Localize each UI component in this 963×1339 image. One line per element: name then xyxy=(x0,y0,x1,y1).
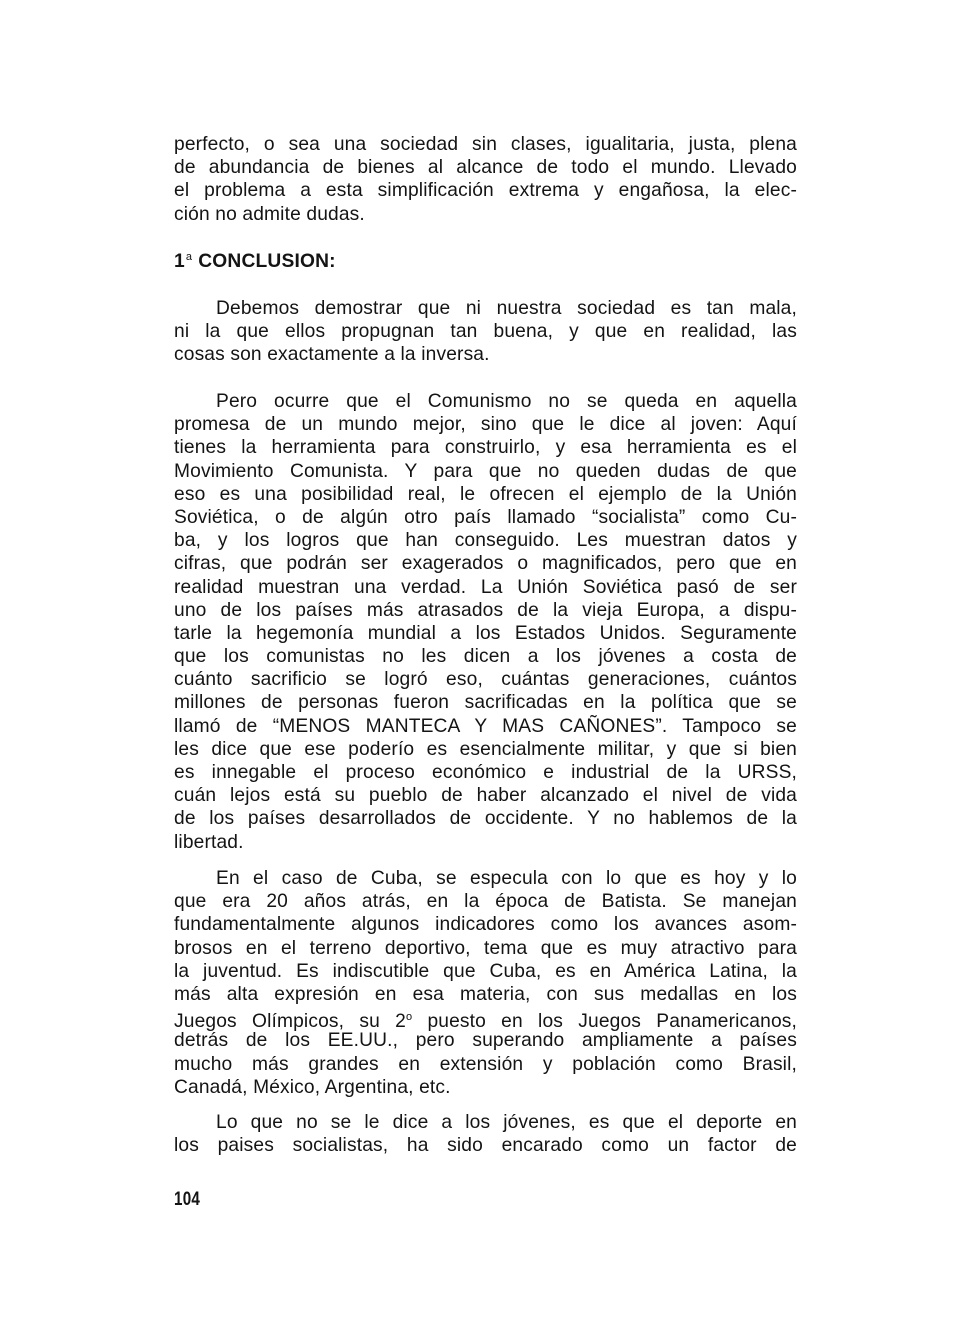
text-line: cuánto sacrificio se logró eso, cuántas … xyxy=(174,668,797,691)
text-line: el problema a esta simplificación extrem… xyxy=(174,179,797,202)
text-line: más alta expresión en esa materia, con s… xyxy=(174,983,797,1006)
text-line: realidad muestran una verdad. La Unión S… xyxy=(174,576,797,599)
text-line: fundamentalmente algunos indicadores com… xyxy=(174,913,797,936)
heading-text: CONCLUSION: xyxy=(198,251,336,272)
text-line: Movimiento Comunista. Y para que no qued… xyxy=(174,460,797,483)
paragraph-2: Debemos demostrar que ni nuestra socieda… xyxy=(174,297,797,367)
text-line: Pero ocurre que el Comunismo no se queda… xyxy=(174,390,797,413)
section-heading: 1aCONCLUSION: xyxy=(174,246,336,273)
text-line: tienes la herramienta para construirlo, … xyxy=(174,436,797,459)
paragraph-1: perfecto, o sea una sociedad sin clases,… xyxy=(174,133,797,226)
book-page: perfecto, o sea una sociedad sin clases,… xyxy=(0,0,963,1339)
paragraph-5: Lo que no se le dice a los jóvenes, es q… xyxy=(174,1111,797,1157)
text-line: ción no admite dudas. xyxy=(174,203,797,226)
text-line: de abundancia de bienes al alcance de to… xyxy=(174,156,797,179)
heading-ordinal: a xyxy=(186,251,192,263)
paragraph-3: Pero ocurre que el Comunismo no se queda… xyxy=(174,390,797,854)
text-line: mucho más grandes en extensión y poblaci… xyxy=(174,1053,797,1076)
text-line: millones de personas fueron sacrificadas… xyxy=(174,691,797,714)
text-line: llamó de “MENOS MANTECA Y MAS CAÑONES”. … xyxy=(174,715,797,738)
text-line: detrás de los EE.UU., pero superando amp… xyxy=(174,1029,797,1052)
text-line: es innegable el proceso económico e indu… xyxy=(174,761,797,784)
text-line: cifras, que podrán ser exagerados o magn… xyxy=(174,552,797,575)
text-line: libertad. xyxy=(174,831,797,854)
text-line: cuán lejos está su pueblo de haber alcan… xyxy=(174,784,797,807)
text-line: de los países desarrollados de occidente… xyxy=(174,807,797,830)
page-number: 104 xyxy=(174,1189,200,1211)
text-line: Canadá, México, Argentina, etc. xyxy=(174,1076,797,1099)
text-line: ba, y los logros que han conseguido. Les… xyxy=(174,529,797,552)
text-line: uno de los países más atrasados de la vi… xyxy=(174,599,797,622)
text-line: Lo que no se le dice a los jóvenes, es q… xyxy=(174,1111,797,1134)
text-line: brosos en el terreno deportivo, tema que… xyxy=(174,937,797,960)
heading-number: 1 xyxy=(174,251,185,272)
text-line: Soviética, o de algún otro país llamado … xyxy=(174,506,797,529)
text-line: Debemos demostrar que ni nuestra socieda… xyxy=(174,297,797,320)
text-line: eso es una posibilidad real, le ofrecen … xyxy=(174,483,797,506)
text-line: les dice que ese poderío es esencialment… xyxy=(174,738,797,761)
text-line: perfecto, o sea una sociedad sin clases,… xyxy=(174,133,797,156)
text-line: la juventud. Es indiscutible que Cuba, e… xyxy=(174,960,797,983)
text-line: cosas son exactamente a la inversa. xyxy=(174,343,797,366)
text-line: los paises socialistas, ha sido encarado… xyxy=(174,1134,797,1157)
text-line: En el caso de Cuba, se especula con lo q… xyxy=(174,867,797,890)
text-line: tarle la hegemonía mundial a los Estados… xyxy=(174,622,797,645)
paragraph-4: En el caso de Cuba, se especula con lo q… xyxy=(174,867,797,1099)
text-line: que era 20 años atrás, en la época de Ba… xyxy=(174,890,797,913)
text-line: que los comunistas no les dicen a los jó… xyxy=(174,645,797,668)
text-line: promesa de un mundo mejor, sino que le d… xyxy=(174,413,797,436)
text-line-with-ordinal: Juegos Olímpicos, su 2o puesto en los Ju… xyxy=(174,1006,797,1029)
text-line: ni la que ellos propugnan tan buena, y q… xyxy=(174,320,797,343)
